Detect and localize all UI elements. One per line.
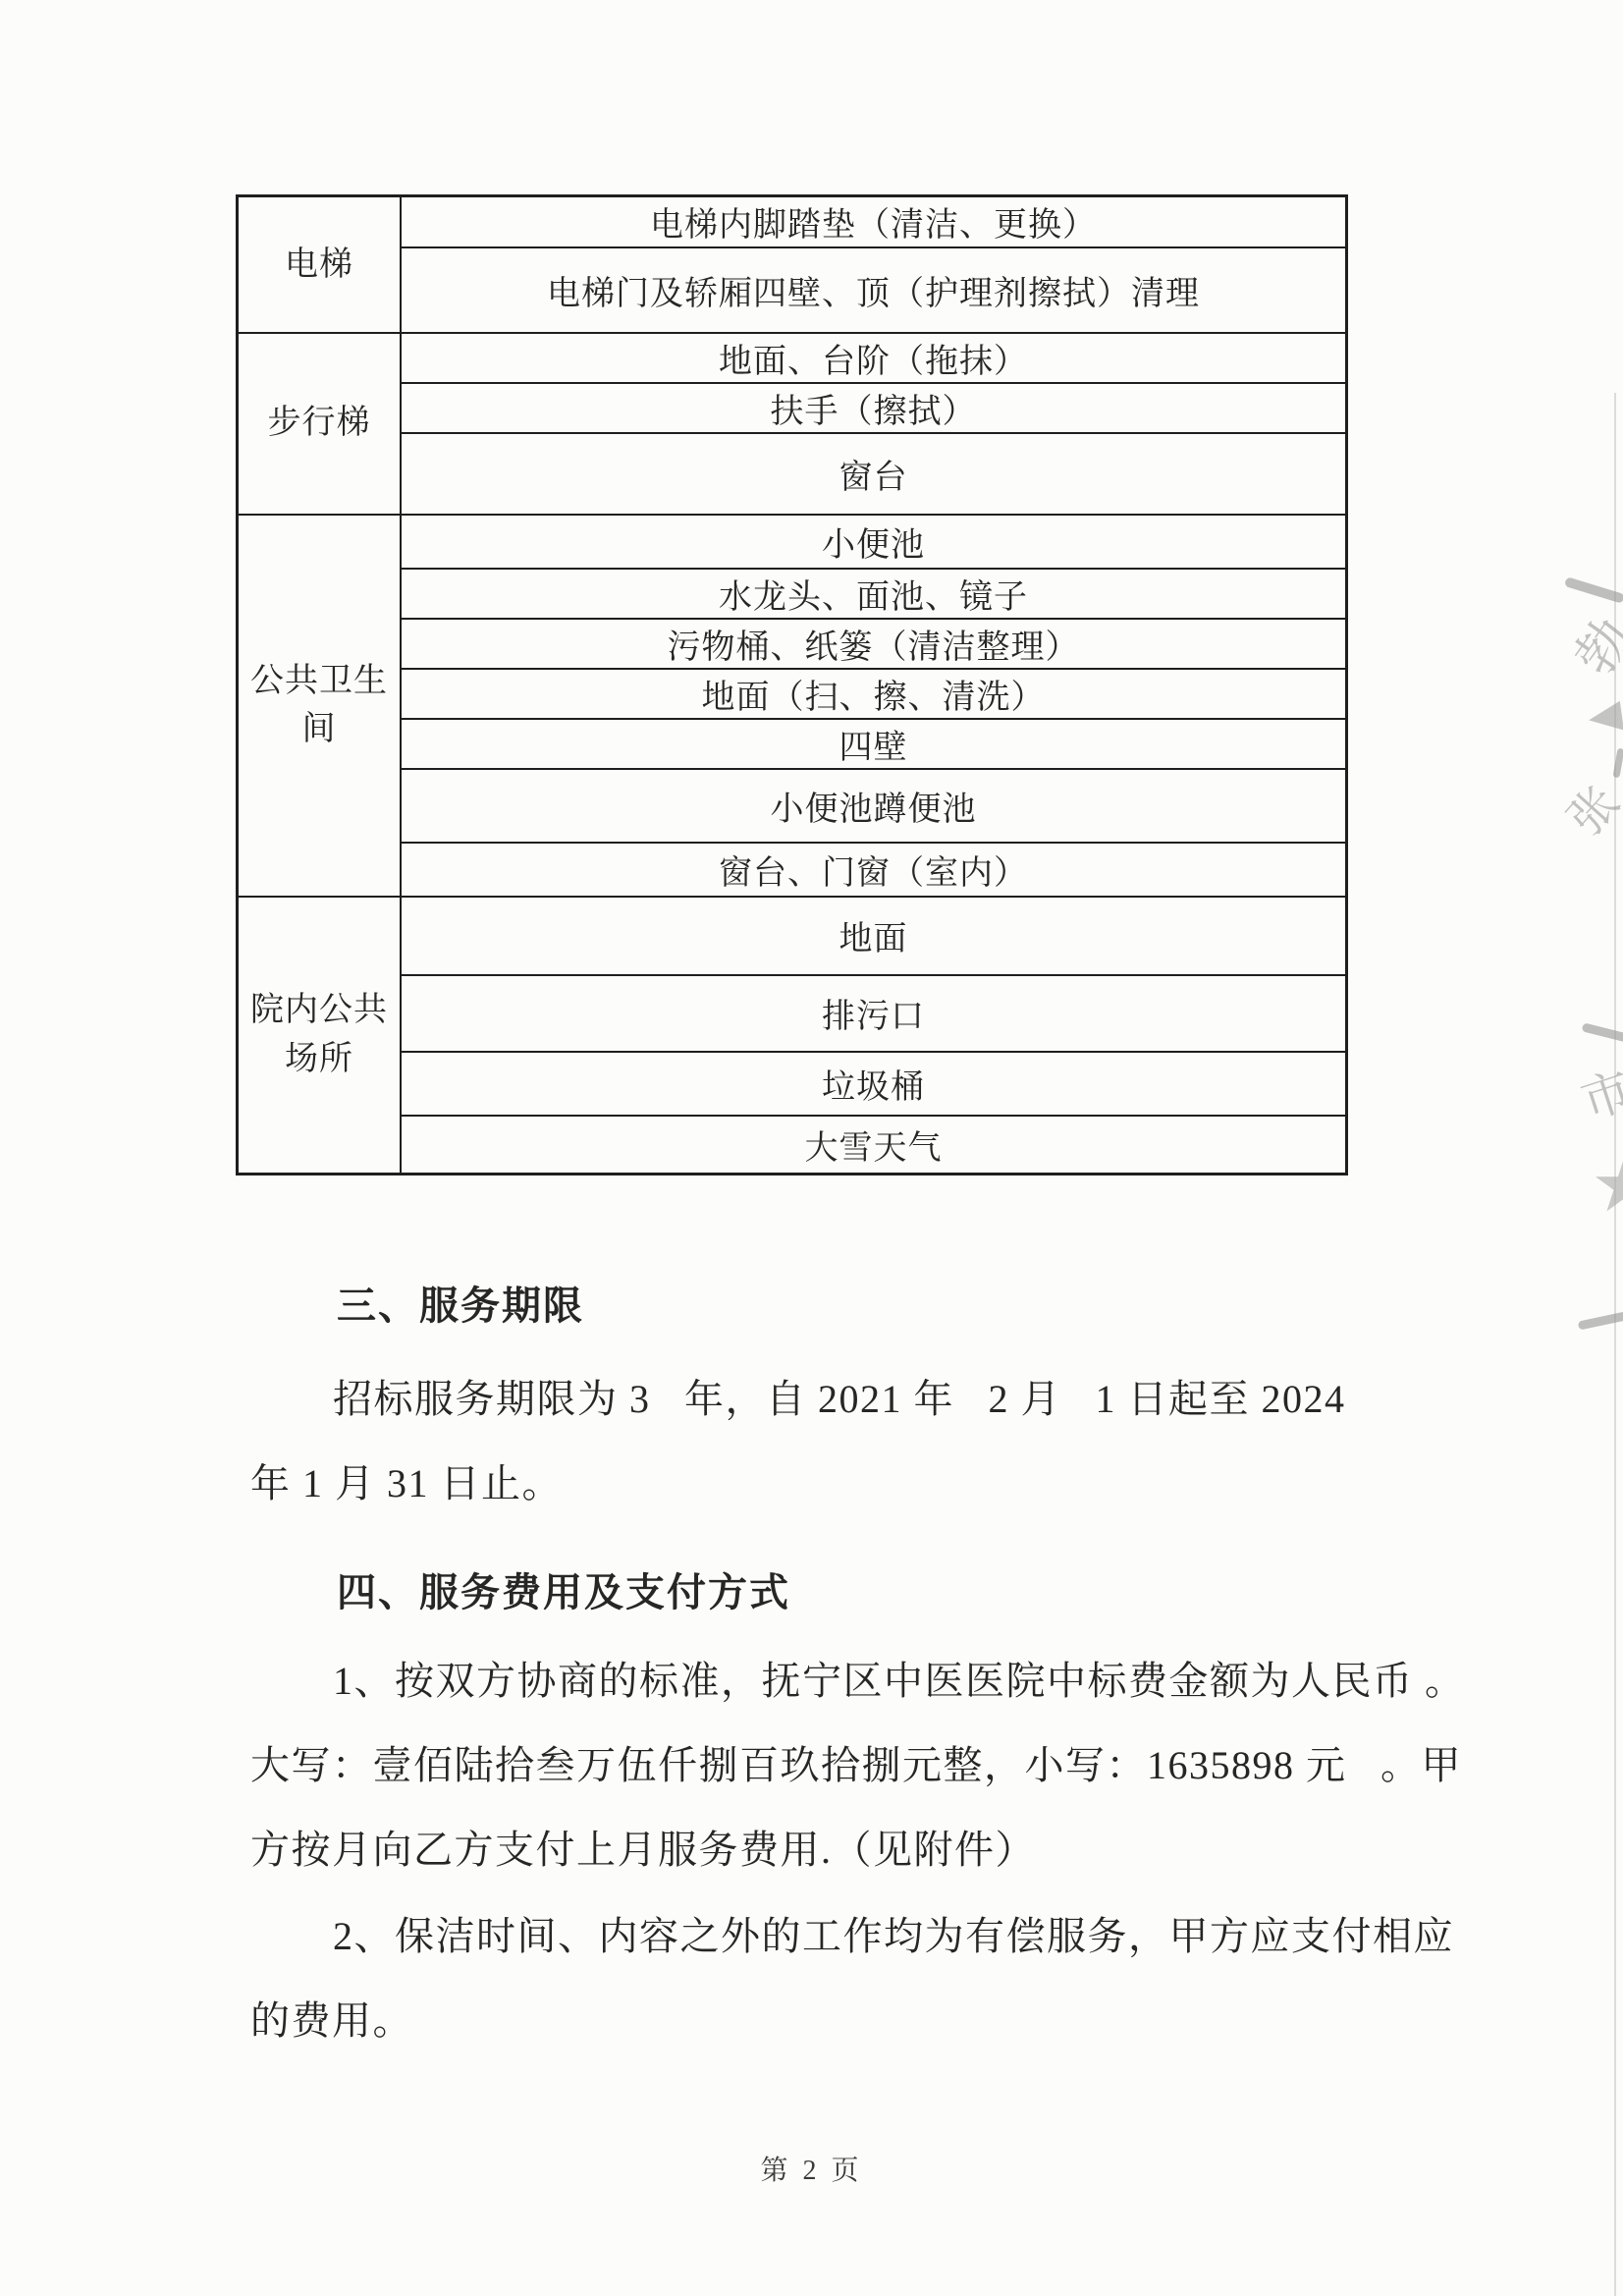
paragraph-service-term: 招标服务期限为 3 年，自 2021 年 2 月 1 日起至 2024 年 1 …: [250, 1357, 1497, 1526]
document-page: 电梯 电梯内脚踏垫（清洁、更换） 电梯门及轿厢四壁、顶（护理剂擦拭）清理 步行梯…: [0, 0, 1623, 2296]
category-hospital-grounds: 院内公共场所: [238, 897, 402, 1175]
section-heading-service-term: 三、服务期限: [337, 1275, 584, 1331]
category-elevator: 电梯: [238, 196, 402, 333]
table-cell: 污物桶、纸篓（清洁整理）: [401, 619, 1347, 669]
text-line: 招标服务期限为 3 年，自 2021 年 2 月 1 日起至 2024: [250, 1357, 1497, 1442]
section-heading-fees: 四、服务费用及支付方式: [337, 1561, 790, 1617]
text-line: 1、按双方协商的标准，抚宁区中医医院中标费金额为人民币 。: [250, 1639, 1497, 1723]
paragraph-fee-amount: 1、按双方协商的标准，抚宁区中医医院中标费金额为人民币 。 大写：壹佰陆拾叁万伍…: [250, 1639, 1497, 1892]
table-cell: 小便池: [401, 515, 1347, 569]
text-line: 的费用。: [250, 1979, 1497, 2063]
table-cell: 地面: [401, 897, 1347, 975]
stamp-star-point: [1587, 701, 1623, 735]
table-cell: 小便池蹲便池: [401, 769, 1347, 843]
table-cell: 电梯内脚踏垫（清洁、更换）: [401, 196, 1347, 247]
table-cell: 扶手（擦拭）: [401, 383, 1347, 433]
stamp-arc: [1582, 1022, 1623, 1042]
table-cell: 大雪天气: [401, 1116, 1347, 1175]
table-cell: 四壁: [401, 719, 1347, 769]
table-cell: 电梯门及轿厢四壁、顶（护理剂擦拭）清理: [401, 247, 1347, 333]
text-line: 年 1 月 31 日止。: [250, 1442, 1497, 1526]
cleaning-scope-table: 电梯 电梯内脚踏垫（清洁、更换） 电梯门及轿厢四壁、顶（护理剂擦拭）清理 步行梯…: [236, 194, 1348, 1175]
text-line: 大写：壹佰陆拾叁万伍仟捌百玖拾捌元整，小写：1635898 元 。甲: [250, 1723, 1497, 1808]
category-public-restroom: 公共卫生间: [238, 515, 402, 897]
text-line: 方按月向乙方支付上月服务费用.（见附件）: [250, 1808, 1497, 1892]
stamp-character: 勃: [1554, 601, 1623, 687]
table-cell: 垃圾桶: [401, 1052, 1347, 1116]
stamp-character: 张: [1549, 768, 1623, 848]
stamp-star: ★: [1591, 1147, 1623, 1218]
stamp-arc: [1578, 1310, 1623, 1330]
paragraph-paid-services: 2、保洁时间、内容之外的工作均为有偿服务，甲方应支付相应 的费用。: [250, 1894, 1497, 2063]
page-number: 第 2 页: [0, 2149, 1623, 2188]
table-cell: 窗台、门窗（室内）: [401, 843, 1347, 897]
table-cell: 地面、台阶（拖抹）: [401, 333, 1347, 383]
stamp-character: 市: [1571, 1051, 1623, 1133]
table-cell: 地面（扫、擦、清洗）: [401, 669, 1347, 719]
table-cell: 窗台: [401, 433, 1347, 515]
category-stairs: 步行梯: [238, 333, 402, 515]
text-line: 2、保洁时间、内容之外的工作均为有偿服务，甲方应支付相应: [250, 1894, 1497, 1979]
table-cell: 排污口: [401, 975, 1347, 1052]
table-cell: 水龙头、面池、镜子: [401, 569, 1347, 619]
